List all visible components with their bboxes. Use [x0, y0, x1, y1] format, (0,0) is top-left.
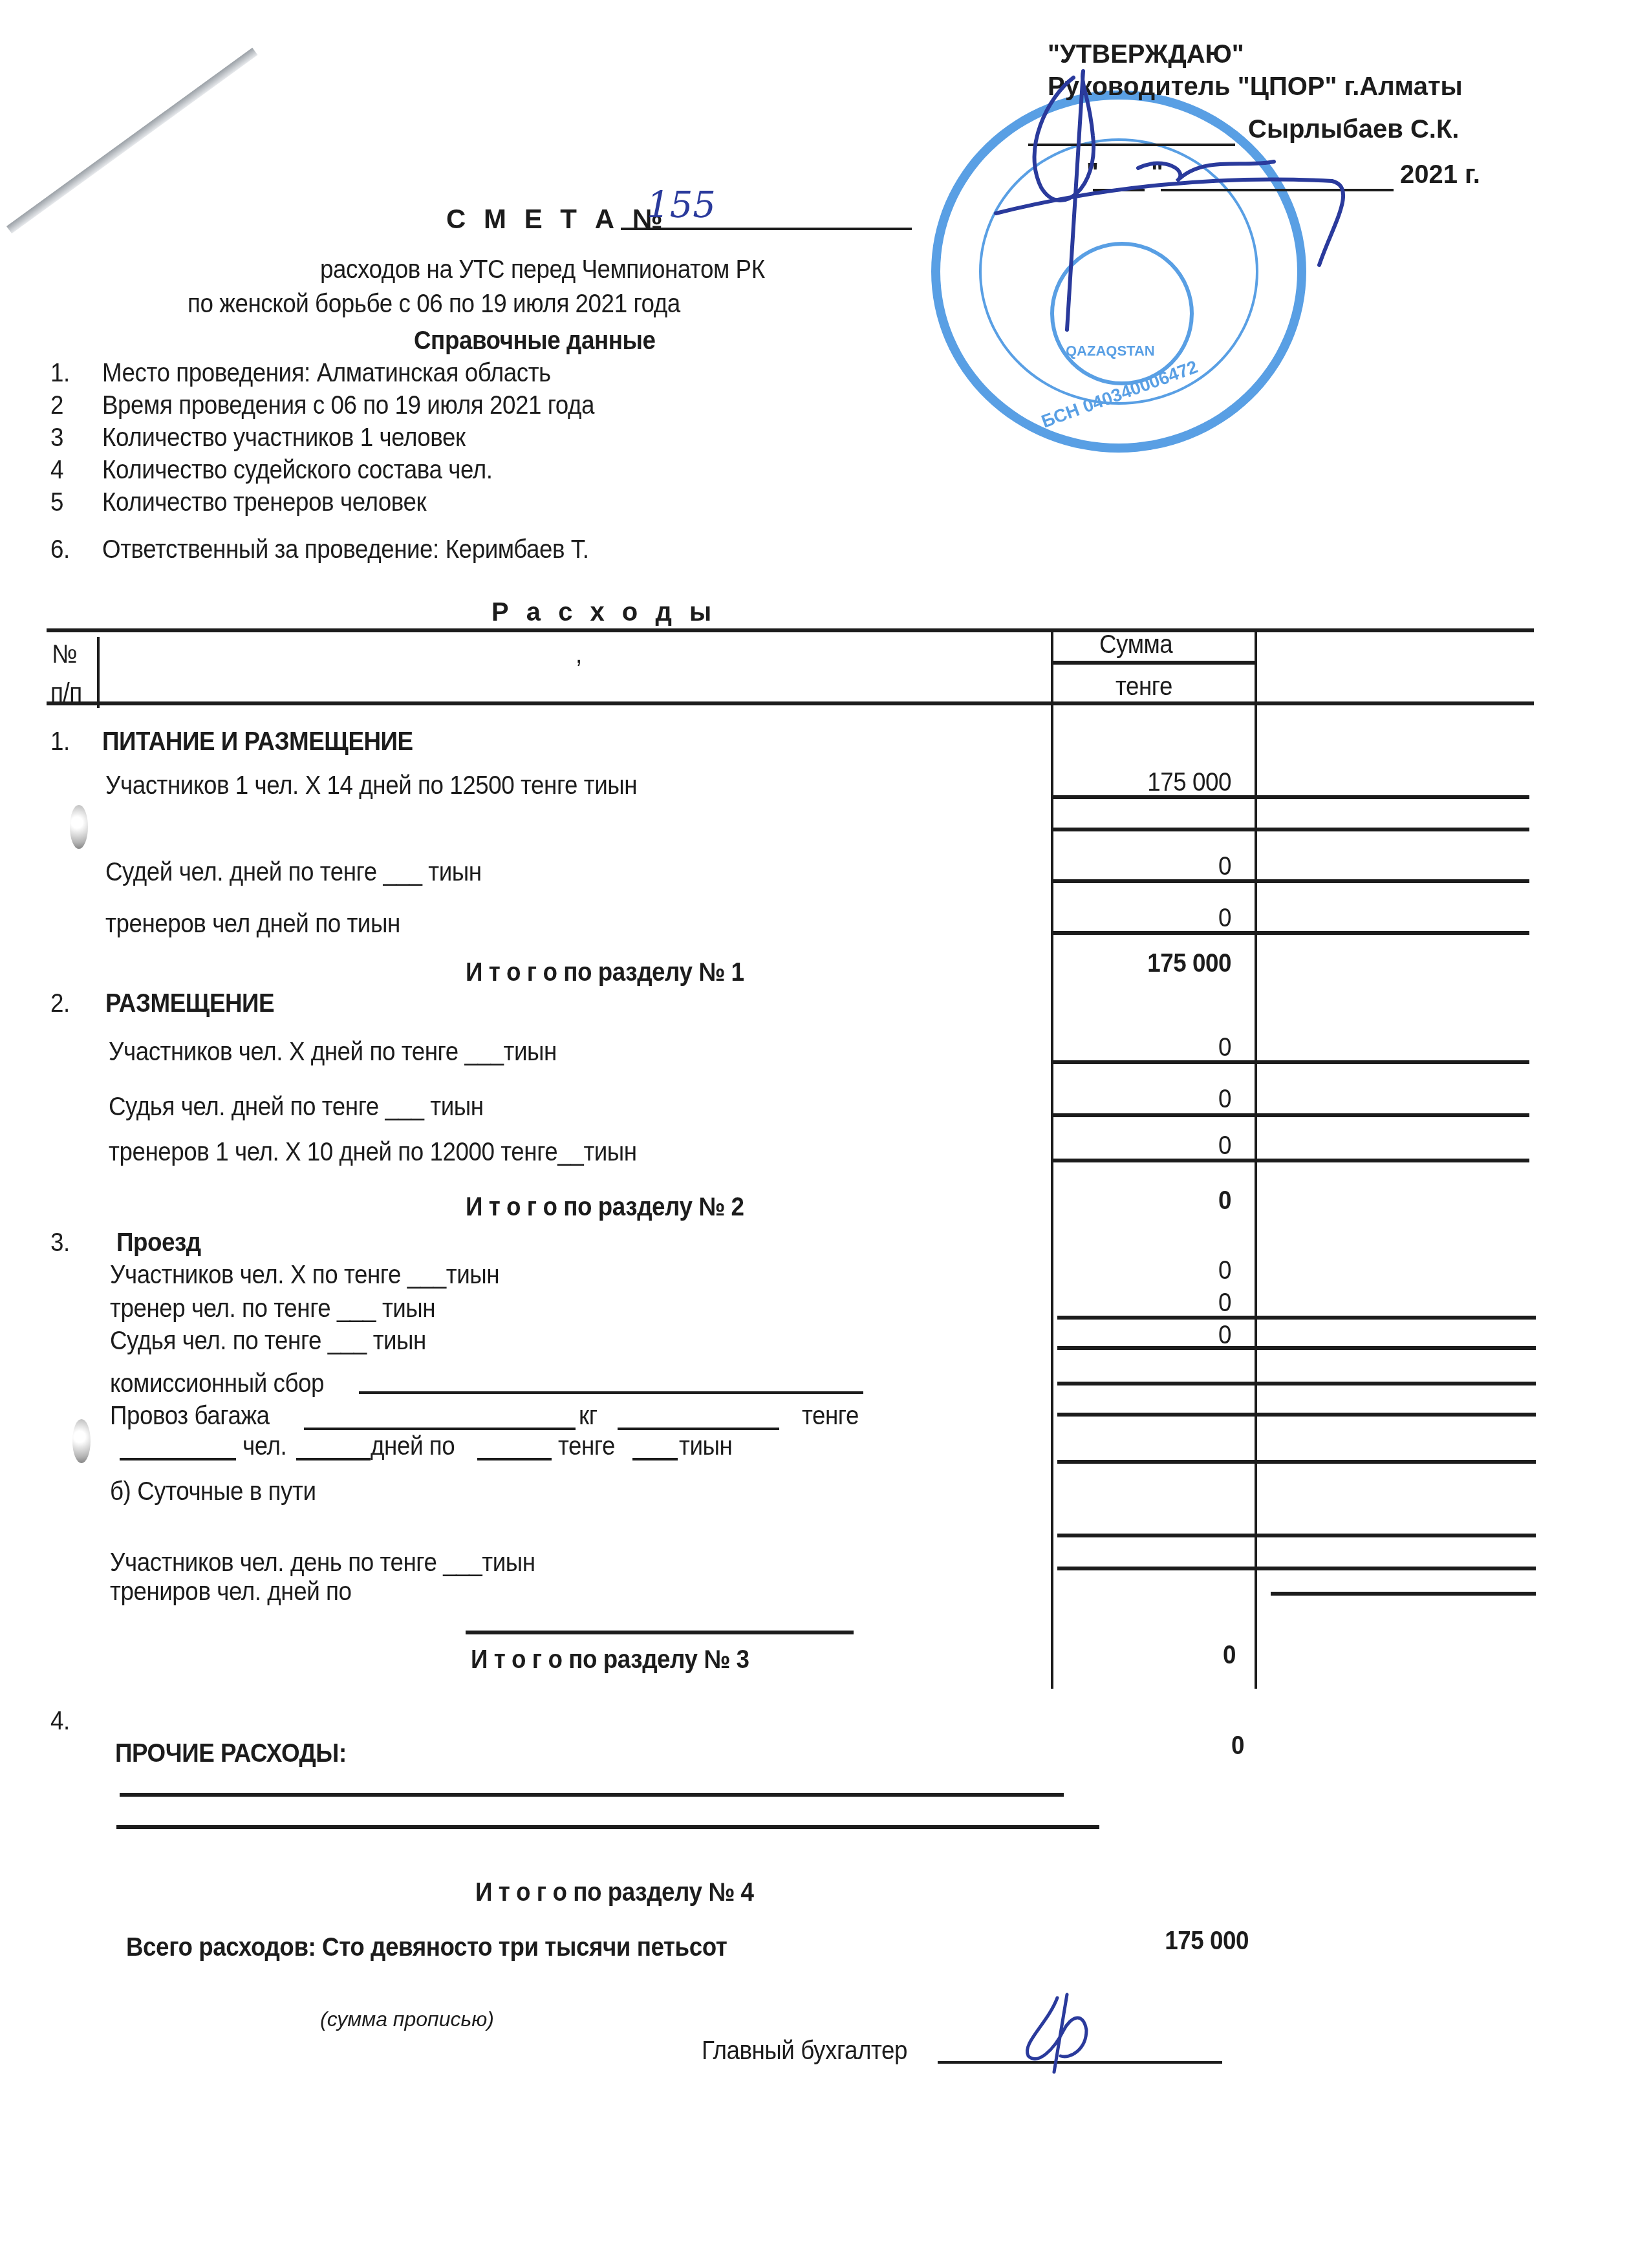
baggage-tiyn-fill-line[interactable] [632, 1458, 678, 1460]
estimate-subtitle-1: расходов на УТС перед Чемпионатом РК [320, 255, 765, 284]
s3-row-coach-amount: 0 [1053, 1289, 1231, 1318]
grand-total-label: Всего расходов: Сто девяносто три тысячи… [126, 1933, 727, 1962]
section-4-title: ПРОЧИЕ РАСХОДЫ: [115, 1739, 347, 1768]
estimate-number-handwritten: 155 [647, 184, 716, 226]
baggage-amount-fill-line[interactable] [618, 1428, 779, 1430]
s3-per-diem-title: б) Суточные в пути [110, 1477, 316, 1506]
row-line [1051, 931, 1529, 935]
baggage-rate-fill-line[interactable] [477, 1458, 552, 1460]
s1-total-amount: 175 000 [1053, 949, 1231, 978]
ref-num: 3 [50, 423, 63, 453]
s3-total-amount: 0 [1057, 1641, 1236, 1670]
row-line [1051, 828, 1529, 831]
row-line [1051, 795, 1529, 799]
punch-hole-mark [70, 805, 88, 849]
estimate-number-line [621, 228, 912, 230]
s2-row-coaches-amount: 0 [1053, 1131, 1231, 1161]
chief-accountant-signature [1009, 1991, 1138, 2075]
s3-baggage-tiyn: тиын [679, 1432, 732, 1461]
row-line [1057, 1346, 1536, 1350]
col-header-currency: тенге [1115, 672, 1172, 701]
row-line [1057, 1534, 1536, 1537]
ref-num: 1. [50, 359, 70, 388]
ref-num: 6. [50, 535, 70, 564]
amount-in-words-caption: (сумма прописью) [320, 2007, 494, 2031]
s4-total-label: И т о г о по разделу № 4 [475, 1878, 754, 1907]
row-line [1057, 1382, 1536, 1385]
s2-row-participants-amount: 0 [1053, 1033, 1231, 1062]
other-expenses-fill-line[interactable] [120, 1793, 1064, 1797]
ref-num: 5 [50, 488, 63, 517]
s2-row-judges: Судья чел. дней по тенге ___ тиын [109, 1093, 484, 1122]
ref-num: 4 [50, 456, 63, 485]
baggage-weight-fill-line[interactable] [304, 1428, 576, 1430]
col-header-comma: , [576, 640, 582, 669]
row-line [1051, 1159, 1529, 1162]
s4-amount: 0 [1066, 1731, 1244, 1760]
ref-dates: Время проведения с 06 по 19 июля 2021 го… [102, 391, 594, 420]
ref-participants: Количество участников 1 человек [102, 423, 466, 453]
s1-total-label: И т о г о по разделу № 1 [466, 958, 744, 987]
baggage-people-fill-line[interactable] [120, 1458, 236, 1460]
row-line [1271, 1592, 1536, 1596]
s1-row-judges: Судей чел. дней по тенге ___ тиын [105, 858, 482, 887]
section-3-title: Проезд [116, 1228, 201, 1257]
s3-baggage-tenge: тенге [802, 1402, 859, 1431]
s2-total-amount: 0 [1053, 1186, 1231, 1215]
commission-fill-line[interactable] [359, 1391, 863, 1394]
chief-accountant-label: Главный бухгалтер [702, 2037, 907, 2066]
paper-fold-mark [6, 48, 257, 234]
ref-num: 2 [50, 391, 63, 420]
grand-total-amount: 175 000 [1070, 1927, 1249, 1956]
col-header-num: № [52, 640, 77, 669]
ref-judges: Количество судейского состава чел. [102, 456, 492, 485]
s3-baggage-chel: чел. [242, 1432, 286, 1461]
s1-row-judges-amount: 0 [1053, 852, 1231, 881]
s3-row-judge: Судья чел. по тенге ___ тиын [110, 1327, 426, 1356]
estimate-subtitle-2: по женской борьбе с 06 по 19 июля 2021 г… [188, 290, 680, 319]
row-line [1051, 879, 1529, 883]
num-column-divider [97, 637, 100, 708]
reference-heading: Справочные данные [414, 326, 656, 356]
section-1-title: ПИТАНИЕ И РАЗМЕЩЕНИЕ [102, 727, 413, 756]
approval-year: 2021 г. [1400, 160, 1480, 189]
s2-row-participants: Участников чел. Х дней по тенге ___тиын [109, 1038, 557, 1067]
row-line [1057, 1567, 1536, 1570]
s3-total-overline [466, 1631, 854, 1634]
ref-responsible: Ответственный за проведение: Керимбаев Т… [102, 535, 589, 564]
s3-baggage-kg: кг [579, 1402, 598, 1431]
ref-venue: Место проведения: Алматинская область [102, 359, 551, 388]
row-line [1057, 1316, 1536, 1320]
col-header-sum: Сумма [1099, 630, 1172, 659]
s1-row-coaches-amount: 0 [1053, 904, 1231, 933]
baggage-days-fill-line[interactable] [296, 1458, 371, 1460]
s2-total-label: И т о г о по разделу № 2 [466, 1193, 744, 1222]
s3-row-coach: тренер чел. по тенге ___ тиын [110, 1294, 435, 1323]
section-2-num: 2. [50, 989, 70, 1018]
table-header-bottom-border [47, 701, 1534, 705]
approver-signature [970, 58, 1358, 381]
s3-baggage-tenge2: тенге [558, 1432, 615, 1461]
row-line [1057, 1460, 1536, 1464]
row-line [1057, 1413, 1536, 1417]
s3-commission-label: комиссионный сбор [110, 1369, 324, 1398]
section-3-num: 3. [50, 1228, 70, 1257]
sum-header-divider [1051, 661, 1256, 665]
section-4-num: 4. [50, 1707, 70, 1736]
section-2-title: РАЗМЕЩЕНИЕ [105, 989, 274, 1018]
s1-row-participants: Участников 1 чел. Х 14 дней по 12500 тен… [105, 771, 637, 800]
s3-per-diem-participants: Участников чел. день по тенге ___тиын [110, 1548, 535, 1578]
s2-row-coaches: тренеров 1 чел. Х 10 дней по 12000 тенге… [109, 1138, 637, 1167]
col-header-num-sub: п/п [50, 679, 82, 708]
s1-row-coaches: тренеров чел дней по тиын [105, 910, 400, 939]
section-1-num: 1. [50, 727, 70, 756]
row-line [1051, 1113, 1529, 1117]
s3-baggage-days: дней по [371, 1432, 455, 1461]
s3-per-diem-coaches: трениров чел. дней по [110, 1578, 351, 1607]
s3-baggage-label: Провоз багажа [110, 1402, 270, 1431]
s2-row-judges-amount: 0 [1053, 1085, 1231, 1114]
s3-total-label: И т о г о по разделу № 3 [471, 1645, 749, 1674]
other-expenses-fill-line[interactable] [116, 1825, 1099, 1829]
row-line [1051, 1060, 1529, 1064]
s3-row-participants: Участников чел. Х по тенге ___тиын [110, 1261, 499, 1290]
table-top-border [47, 628, 1534, 632]
punch-hole-mark [72, 1419, 91, 1463]
ref-coaches: Количество тренеров человек [102, 488, 426, 517]
expenses-heading: Р а с х о д ы [491, 598, 717, 627]
s1-row-participants-amount: 175 000 [1053, 768, 1231, 797]
s3-row-participants-amount: 0 [1053, 1256, 1231, 1285]
